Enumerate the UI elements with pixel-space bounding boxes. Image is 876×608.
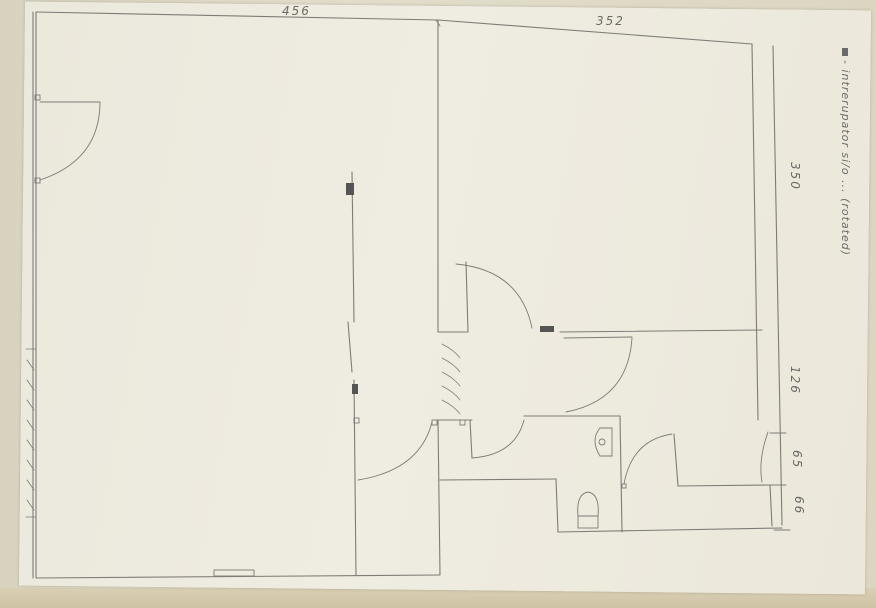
- dimension-right-lower-1: 65: [790, 450, 804, 469]
- door-hallway-bottom: [472, 420, 524, 458]
- passage-hatch: [442, 344, 460, 414]
- outer-walls: [33, 12, 782, 578]
- door-hallway-right: [566, 338, 632, 412]
- left-window: [26, 349, 36, 517]
- door-right-edge: [761, 432, 768, 482]
- toilet-icon: [578, 492, 599, 516]
- door-top-left: [40, 102, 100, 180]
- bottom-window: [214, 570, 254, 576]
- floor-plan: [0, 0, 876, 608]
- switch-icon: [540, 326, 554, 332]
- sockets: [35, 95, 626, 488]
- switch-icon: [352, 384, 358, 394]
- dimension-right-upper: 350: [788, 162, 802, 191]
- dimension-top-left: 456: [282, 4, 311, 18]
- legend: - intrerupator si/o ... (rotated): [839, 48, 852, 256]
- dimension-top-right: 352: [596, 14, 625, 28]
- dimension-right-lower-2: 66: [792, 496, 806, 515]
- door-left-lower: [358, 422, 432, 480]
- switch-icon: [346, 183, 354, 195]
- sink-icon: [595, 428, 612, 456]
- dimension-right-middle: 126: [788, 366, 802, 395]
- dimension-ticks: [436, 20, 790, 530]
- switch-legend-icon: [842, 48, 848, 56]
- legend-text: - intrerupator si/o ... (rotated): [839, 60, 852, 256]
- interior-walls: [348, 20, 782, 575]
- doors: [40, 102, 768, 484]
- door-bathroom-right: [624, 434, 672, 484]
- bathroom-fixtures: [578, 428, 612, 528]
